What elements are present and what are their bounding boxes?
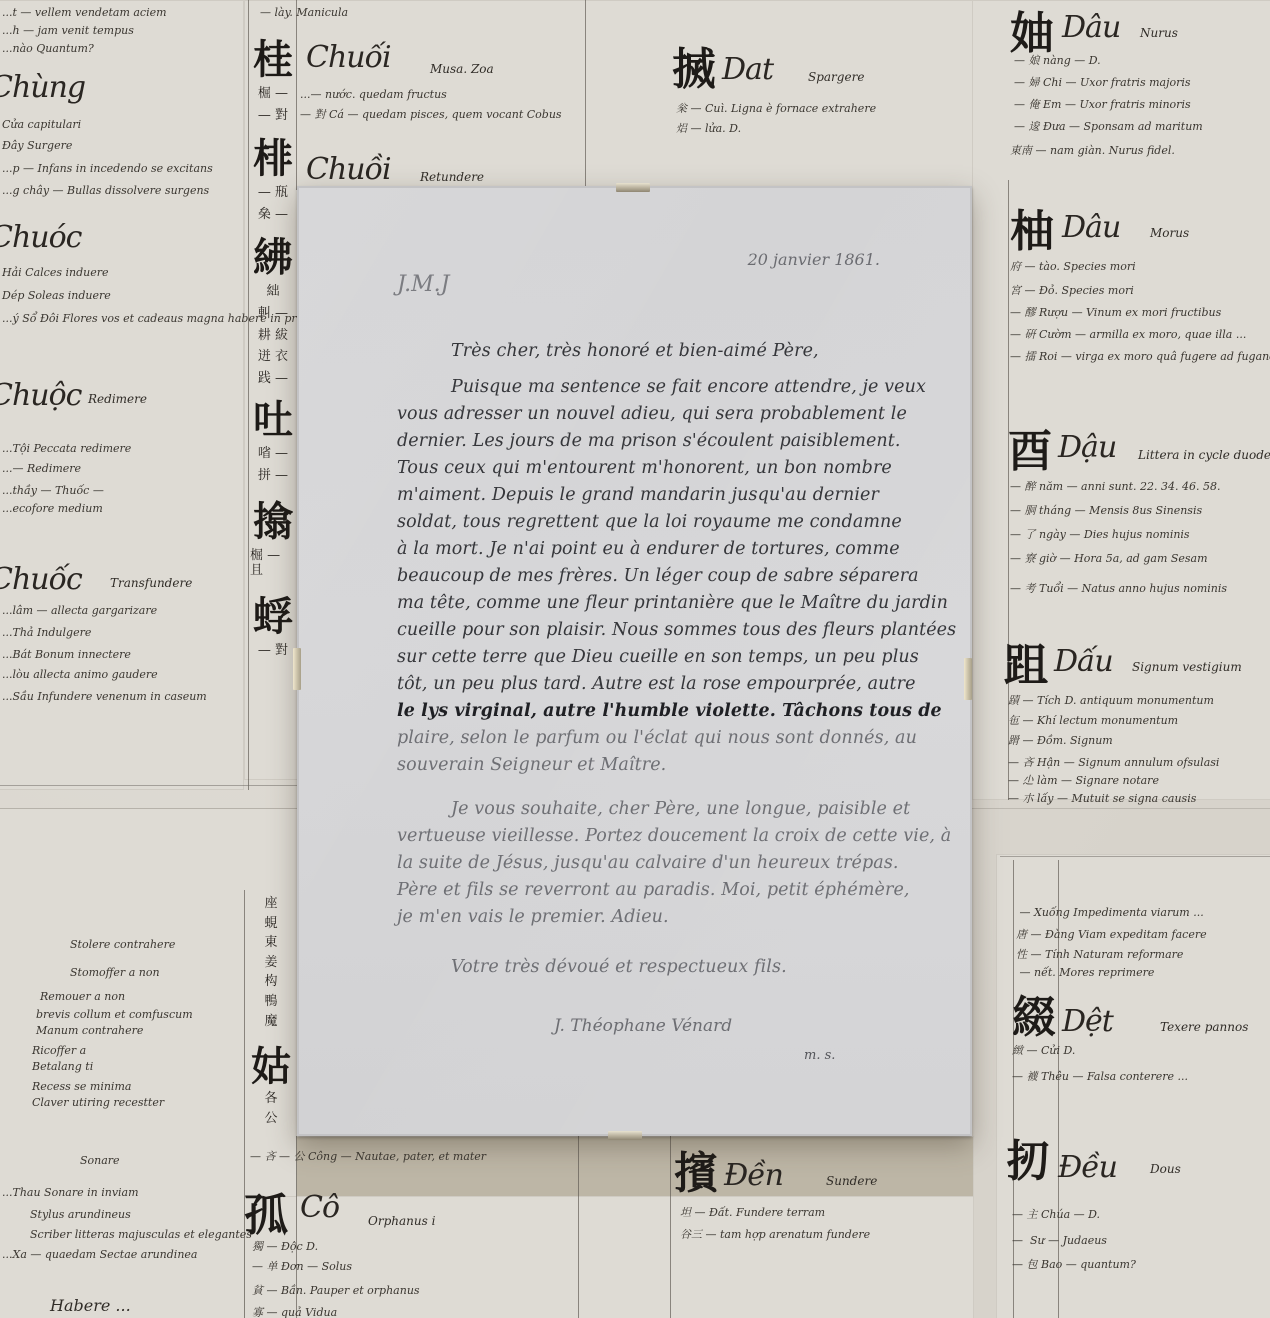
han-character: 践 —	[258, 371, 288, 387]
dict-gloss: Littera in cycle duodenario	[1138, 448, 1270, 462]
column-rule	[248, 0, 249, 790]
dict-line: 焒 — lửa. D.	[676, 118, 741, 139]
dict-line: 蹟 — Tích D. antiquum monumentum	[1008, 690, 1214, 711]
dict-line: — 朩 lấy — Mutuit se signa causis	[1008, 788, 1196, 809]
han-character-column: 桂 㭾 — — 對 棑 — 㼛 㕖 — 紼 絀 䡂 — 耕 紱 迸 衣 践 — …	[250, 40, 296, 658]
han-character: 蜆	[264, 916, 277, 932]
han-character: 魔	[264, 1014, 277, 1030]
letter-signature: J. Théophane Vénard	[554, 1016, 732, 1036]
letter-line: dernier. Les jours de ma prison s'écoule…	[397, 428, 956, 455]
han-character: 蜉	[253, 597, 293, 637]
dict-line: ...Xa — quaedam Sectae arundinea	[2, 1244, 197, 1265]
dict-line: ...— nước. quedam fructus	[300, 84, 447, 105]
dict-gloss: Morus	[1150, 226, 1189, 240]
dict-line: — 對 Cá — quedam pisces, quem vocant Cobu…	[300, 104, 562, 125]
dict-line: — 醉 năm — anni sunt. 22. 34. 46. 58.	[1010, 476, 1221, 497]
dict-headword: Đền	[724, 1158, 783, 1193]
column-rule	[296, 0, 297, 190]
dict-line: ...nào Quantum?	[2, 38, 94, 59]
han-character: 桂	[253, 40, 293, 80]
dict-line: Hải Calces induere	[2, 262, 108, 283]
letter-line: je m'en vais le premier. Adieu.	[397, 904, 951, 931]
letter-monogram: J.M.J	[397, 272, 449, 297]
dict-headword: Dâu	[1062, 210, 1120, 245]
dict-line: Manum contrahere	[36, 1020, 143, 1041]
han-headword: 跙	[1004, 644, 1048, 688]
han-headword: 搣	[672, 48, 716, 92]
letter-postscript-mark: m. s.	[804, 1048, 835, 1063]
han-character: 姜	[264, 955, 277, 971]
dict-gloss: Texere pannos	[1160, 1020, 1248, 1034]
dict-line: 坦 — Đất. Fundere terram	[680, 1202, 825, 1223]
han-headword: 孤	[244, 1194, 288, 1238]
han-character: 构	[264, 974, 277, 990]
dict-line: ...g chây — Bullas dissolvere surgens	[2, 180, 209, 201]
dict-gloss: Sundere	[826, 1174, 877, 1188]
column-rule	[578, 1136, 579, 1318]
dict-line: 府 — tào. Species mori	[1010, 256, 1136, 277]
dict-headword: Dậu	[1058, 430, 1116, 465]
dict-headword: Dâu	[1062, 10, 1120, 45]
dict-line: 𣋚 — nết. Mores reprimere	[1016, 962, 1154, 983]
han-character: 吐	[253, 400, 293, 440]
dict-gloss: Nurus	[1140, 26, 1178, 40]
dict-line: 唐 — Đàng Viam expeditam facere	[1016, 924, 1207, 945]
han-character: 座	[264, 896, 277, 912]
han-headword: 酉	[1008, 430, 1052, 474]
frame-clip-top	[616, 183, 650, 192]
dict-gloss: Musa. Zoa	[430, 62, 494, 76]
glass-frame: 20 janvier 1861. J.M.J Très cher, très h…	[297, 186, 972, 1136]
letter-line: beaucoup de mes frères. Un léger coup de…	[397, 563, 956, 590]
dict-line: Claver utiring recestter	[32, 1092, 164, 1113]
han-character: 耕 紱	[258, 328, 288, 344]
dict-line: 𢪀 — Xuống Impedimenta viarum ...	[1016, 902, 1204, 923]
dict-line: — 醪 Rượu — Vinum ex mori fructibus	[1010, 302, 1221, 323]
han-character: 紼	[253, 238, 293, 278]
han-character: — 㼛	[258, 185, 288, 201]
han-headword: 柚	[1010, 210, 1054, 254]
dict-line: ...Thau Sonare in inviam	[2, 1182, 139, 1203]
dict-line: — 娘 nàng — D.	[1014, 50, 1101, 71]
dict-line: 宮 — Đỏ. Species mori	[1010, 280, 1134, 301]
dict-line: — 吝 — 公 Công — Nautae, pater, et mater	[250, 1146, 486, 1167]
han-character: 棑	[253, 139, 293, 179]
dict-line: Stolere contrahere	[70, 934, 175, 955]
dict-headword: Dấu	[1054, 644, 1113, 679]
dict-line: — 俺 Em — Uxor fratris minoris	[1014, 94, 1191, 115]
dict-headword: Chùng	[0, 70, 85, 105]
dict-line: Stylus arundineus	[30, 1204, 131, 1225]
letter-line: ma tête, comme une fleur printanière que…	[397, 590, 956, 617]
dict-line: — 襪 Thêu — Falsa conterere ...	[1012, 1066, 1188, 1087]
dict-line: 𨃴 — Đồm. Signum	[1008, 730, 1113, 751]
dict-line: ...lâm — allecta gargarizare	[2, 600, 157, 621]
han-character: 絀	[266, 284, 279, 300]
dict-line: — lày. Manicula	[260, 2, 348, 23]
dict-line: — 硏 Cườm — armilla ex moro, quae illa ..…	[1010, 324, 1246, 345]
dict-headword: Đều	[1058, 1150, 1117, 1185]
letter-salutation: Très cher, très honoré et bien-aimé Père…	[451, 338, 819, 365]
letter-line: Je vous souhaite, cher Père, une longue,…	[397, 796, 951, 823]
dict-line: Sonare	[80, 1150, 120, 1171]
dict-line: — 逡 Đưa — Sponsam ad maritum	[1014, 116, 1203, 137]
han-character: 㕖 —	[258, 207, 288, 223]
dict-gloss: Retundere	[420, 170, 484, 184]
han-character: — 對	[258, 643, 288, 659]
dict-headword: Cô	[300, 1190, 339, 1225]
dict-line: ...p — Infans in incedendo se excitans	[2, 158, 213, 179]
dict-line: Stomoffer a non	[70, 962, 160, 983]
dict-line: ...ecofore medium	[2, 498, 103, 519]
han-character: 各	[264, 1091, 277, 1107]
letter-line: tôt, un peu plus tard. Autre est la rose…	[397, 671, 956, 698]
dict-line: — 胴 tháng — Mensis 8us Sinensis	[1010, 500, 1202, 521]
dict-gloss: Spargere	[808, 70, 864, 84]
dict-line: 㐌 — Khí lectum monumentum	[1008, 710, 1178, 731]
dict-line: — 擂 Roi — virga ex moro quâ fugere ad fu…	[1010, 346, 1270, 367]
letter-line: plaire, selon le parfum ou l'éclat qui n…	[397, 725, 956, 752]
dict-line: 東南 — nam giàn. Nurus fidel.	[1010, 140, 1175, 161]
dict-headword: Chuộc	[0, 378, 81, 413]
dict-gloss: Transfundere	[110, 576, 192, 590]
han-headword: 扨	[1006, 1140, 1050, 1184]
han-character: 姑	[251, 1047, 291, 1087]
han-headword: 擯	[674, 1152, 718, 1196]
dict-line: Đây Surgere	[2, 135, 72, 156]
dict-line: 谷三 — tam hợp arenatum fundere	[680, 1224, 870, 1245]
column-rule	[244, 890, 245, 1318]
dict-line: 枀 — Cuì. Ligna è fornace extrahere	[676, 98, 876, 119]
dict-line: — 寮 giờ — Hora 5a, ad gam Sesam	[1010, 548, 1208, 569]
dict-line: 貧 — Bần. Pauper et orphanus	[252, 1280, 420, 1301]
dict-line: 緻 — Cửi D.	[1012, 1040, 1075, 1061]
han-character: 迸 衣	[258, 349, 288, 365]
frame-clip-bottom	[608, 1131, 642, 1140]
row-rule	[1000, 856, 1270, 857]
letter-line: le lys virginal, autre l'humble violette…	[397, 698, 956, 725]
dict-line: Habere ...	[50, 1296, 131, 1315]
dict-line: — 主 Chúa — D.	[1012, 1204, 1100, 1225]
letter-line: la suite de Jésus, jusqu'au calvaire d'u…	[397, 850, 951, 877]
letter-closing: Votre très dévoué et respectueux fils.	[451, 954, 787, 981]
letter-line: Puisque ma sentence se fait encore atten…	[397, 374, 956, 401]
dict-line: ...Sầu Infundere venenum in caseum	[2, 686, 207, 707]
dict-line: — 考 Tuổi — Natus anno hujus nominis	[1010, 578, 1227, 599]
dict-line: — 包 Bao — quantum?	[1012, 1254, 1136, 1275]
letter-date: 20 janvier 1861.	[748, 250, 880, 269]
letter-line: sur cette terre que Dieu cueille en son …	[397, 644, 956, 671]
han-character: — 對	[258, 108, 288, 124]
dict-line: — 𥙩 Sư — Judaeus	[1012, 1230, 1107, 1251]
dict-line: — 了 ngày — Dies hujus nominis	[1010, 524, 1190, 545]
han-character: 東	[264, 935, 277, 951]
dict-line: ...Bát Bonum innectere	[2, 644, 131, 665]
dict-line: Betalang ti	[32, 1056, 93, 1077]
han-character: 鴨	[264, 994, 277, 1010]
dict-line: — 单 Đơn — Solus	[252, 1256, 352, 1277]
dict-headword: Chuồi	[306, 152, 391, 187]
letter-line: vous adresser un nouvel adieu, qui sera …	[397, 401, 956, 428]
dict-headword: Dệt	[1062, 1004, 1113, 1039]
han-character: 䡂 —	[258, 306, 288, 322]
dict-line: 獨 — Độc D.	[252, 1236, 318, 1257]
row-rule	[0, 785, 300, 786]
dict-gloss: Signum vestigium	[1132, 660, 1242, 674]
letter-line: cueille pour son plaisir. Nous sommes to…	[397, 617, 956, 644]
frame-clip-right	[964, 658, 972, 700]
column-rule	[670, 1136, 671, 1318]
dict-headword: Chuóc	[0, 220, 81, 255]
dict-line: ...lòu allecta animo gaudere	[2, 664, 158, 685]
dict-line: — 婦 Chi — Uxor fratris majoris	[1014, 72, 1191, 93]
dict-line: ...Tội Peccata redimere	[2, 438, 131, 459]
han-character-column-bottom: 座 蜆 東 姜 构 鴨 魔 姑 各 公	[246, 896, 296, 1126]
han-character: 㩉	[253, 502, 293, 542]
letter-line: soldat, tous regrettent que la loi royau…	[397, 509, 956, 536]
letter-line: m'aiment. Depuis le grand mandarin jusqu…	[397, 482, 956, 509]
dict-headword: Dat	[722, 52, 773, 87]
frame-clip-left	[293, 648, 301, 690]
dict-line: 寡 — quả Vidua	[252, 1302, 337, 1318]
han-character: 㗂 —	[258, 446, 288, 462]
dict-line: Cửa capitulari	[2, 114, 81, 135]
letter-paragraph-1: Puisque ma sentence se fait encore atten…	[397, 374, 956, 779]
letter-line: à la mort. Je n'ai point eu à endurer de…	[397, 536, 956, 563]
dict-line: ...Thả Indulgere	[2, 622, 91, 643]
letter-line: Père et fils se reverront au paradis. Mo…	[397, 877, 951, 904]
han-character: 拼 —	[258, 468, 288, 484]
letter-line: Tous ceux qui m'entourent m'honorent, un…	[397, 455, 956, 482]
letter-line: souverain Seigneur et Maître.	[397, 752, 956, 779]
han-character: 公	[264, 1111, 277, 1127]
dict-line: Dép Soleas induere	[2, 285, 111, 306]
letter-paragraph-2: Je vous souhaite, cher Père, une longue,…	[397, 796, 951, 931]
han-headword: 綴	[1012, 996, 1056, 1040]
han-character: 㭾 —	[258, 86, 288, 102]
dict-gloss: Redimere	[88, 392, 147, 406]
dict-headword: Chuốc	[0, 562, 82, 597]
dict-line: ...— Redimere	[2, 458, 81, 479]
dict-gloss: Orphanus i	[368, 1214, 435, 1228]
han-character: 㭾 — 且	[250, 548, 296, 579]
dict-gloss: Dous	[1150, 1162, 1181, 1176]
letter-line: vertueuse vieillesse. Portez doucement l…	[397, 823, 951, 850]
dict-line: Scriber litteras majusculas et elegantes	[30, 1224, 252, 1245]
column-rule	[585, 0, 586, 190]
dict-headword: Chuối	[306, 40, 391, 75]
